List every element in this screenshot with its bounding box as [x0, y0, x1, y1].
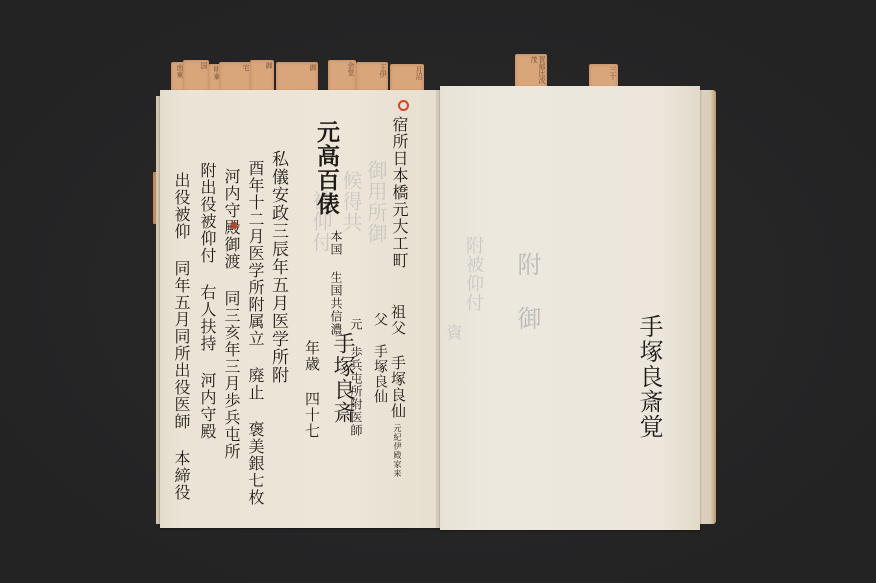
text-column: 出役被仰 同年五月同所出役医師 本締役: [172, 172, 190, 501]
index-tab: 王伊: [356, 62, 388, 92]
index-tab: 国: [183, 60, 209, 92]
left-page: 御用所御 候得共 被仰付 宿所日本橋元大工町 元高百俵 本国 生国共信濃 手塚良…: [160, 90, 440, 528]
text-column: 父 手塚良仙: [370, 312, 390, 404]
text-column: 附出役被仰付 右人扶持 河内守殿: [198, 162, 216, 440]
text-column: 私儀安政三辰年五月医学所附: [268, 150, 287, 384]
bleed-through-text: 附 御: [512, 252, 542, 331]
text-column: 河内守殿御渡 同三亥年三月歩兵屯所: [222, 168, 240, 460]
text-column-note: 元紀伊殿家来: [392, 424, 403, 478]
bleed-through-text: 候得共: [340, 170, 362, 233]
signature: 手塚良斎覚: [636, 314, 662, 439]
text-column: 年歳 四十七: [302, 340, 323, 439]
right-page: 附 御 附被仰付 資 手塚良斎覚: [440, 86, 700, 530]
text-column: 元高百俵: [314, 120, 339, 216]
index-tab: 月沼: [390, 64, 424, 92]
bleed-through-text: 御用所御: [365, 160, 387, 244]
text-column: 元 歩兵屯所附医師: [348, 318, 365, 437]
bleed-through-text: 資: [442, 324, 465, 341]
red-circle-mark: [398, 100, 409, 111]
page-stack-edge: [698, 90, 716, 524]
index-tab: 御: [276, 62, 318, 92]
text-column: 酉年十二月医学所附属立 廃止 褒美銀七枚: [246, 160, 264, 506]
bleed-through-text: 附被仰付: [460, 236, 486, 312]
index-tab: 御: [250, 60, 274, 92]
text-column: 本国 生国共信濃: [328, 230, 345, 336]
red-seal-mark: [231, 222, 237, 229]
index-tab: 余堂: [328, 60, 356, 92]
index-tab: 宅: [219, 62, 251, 92]
text-column: 宿所日本橋元大工町: [390, 116, 408, 269]
text-column: 祖父 手塚良仙: [388, 304, 409, 419]
